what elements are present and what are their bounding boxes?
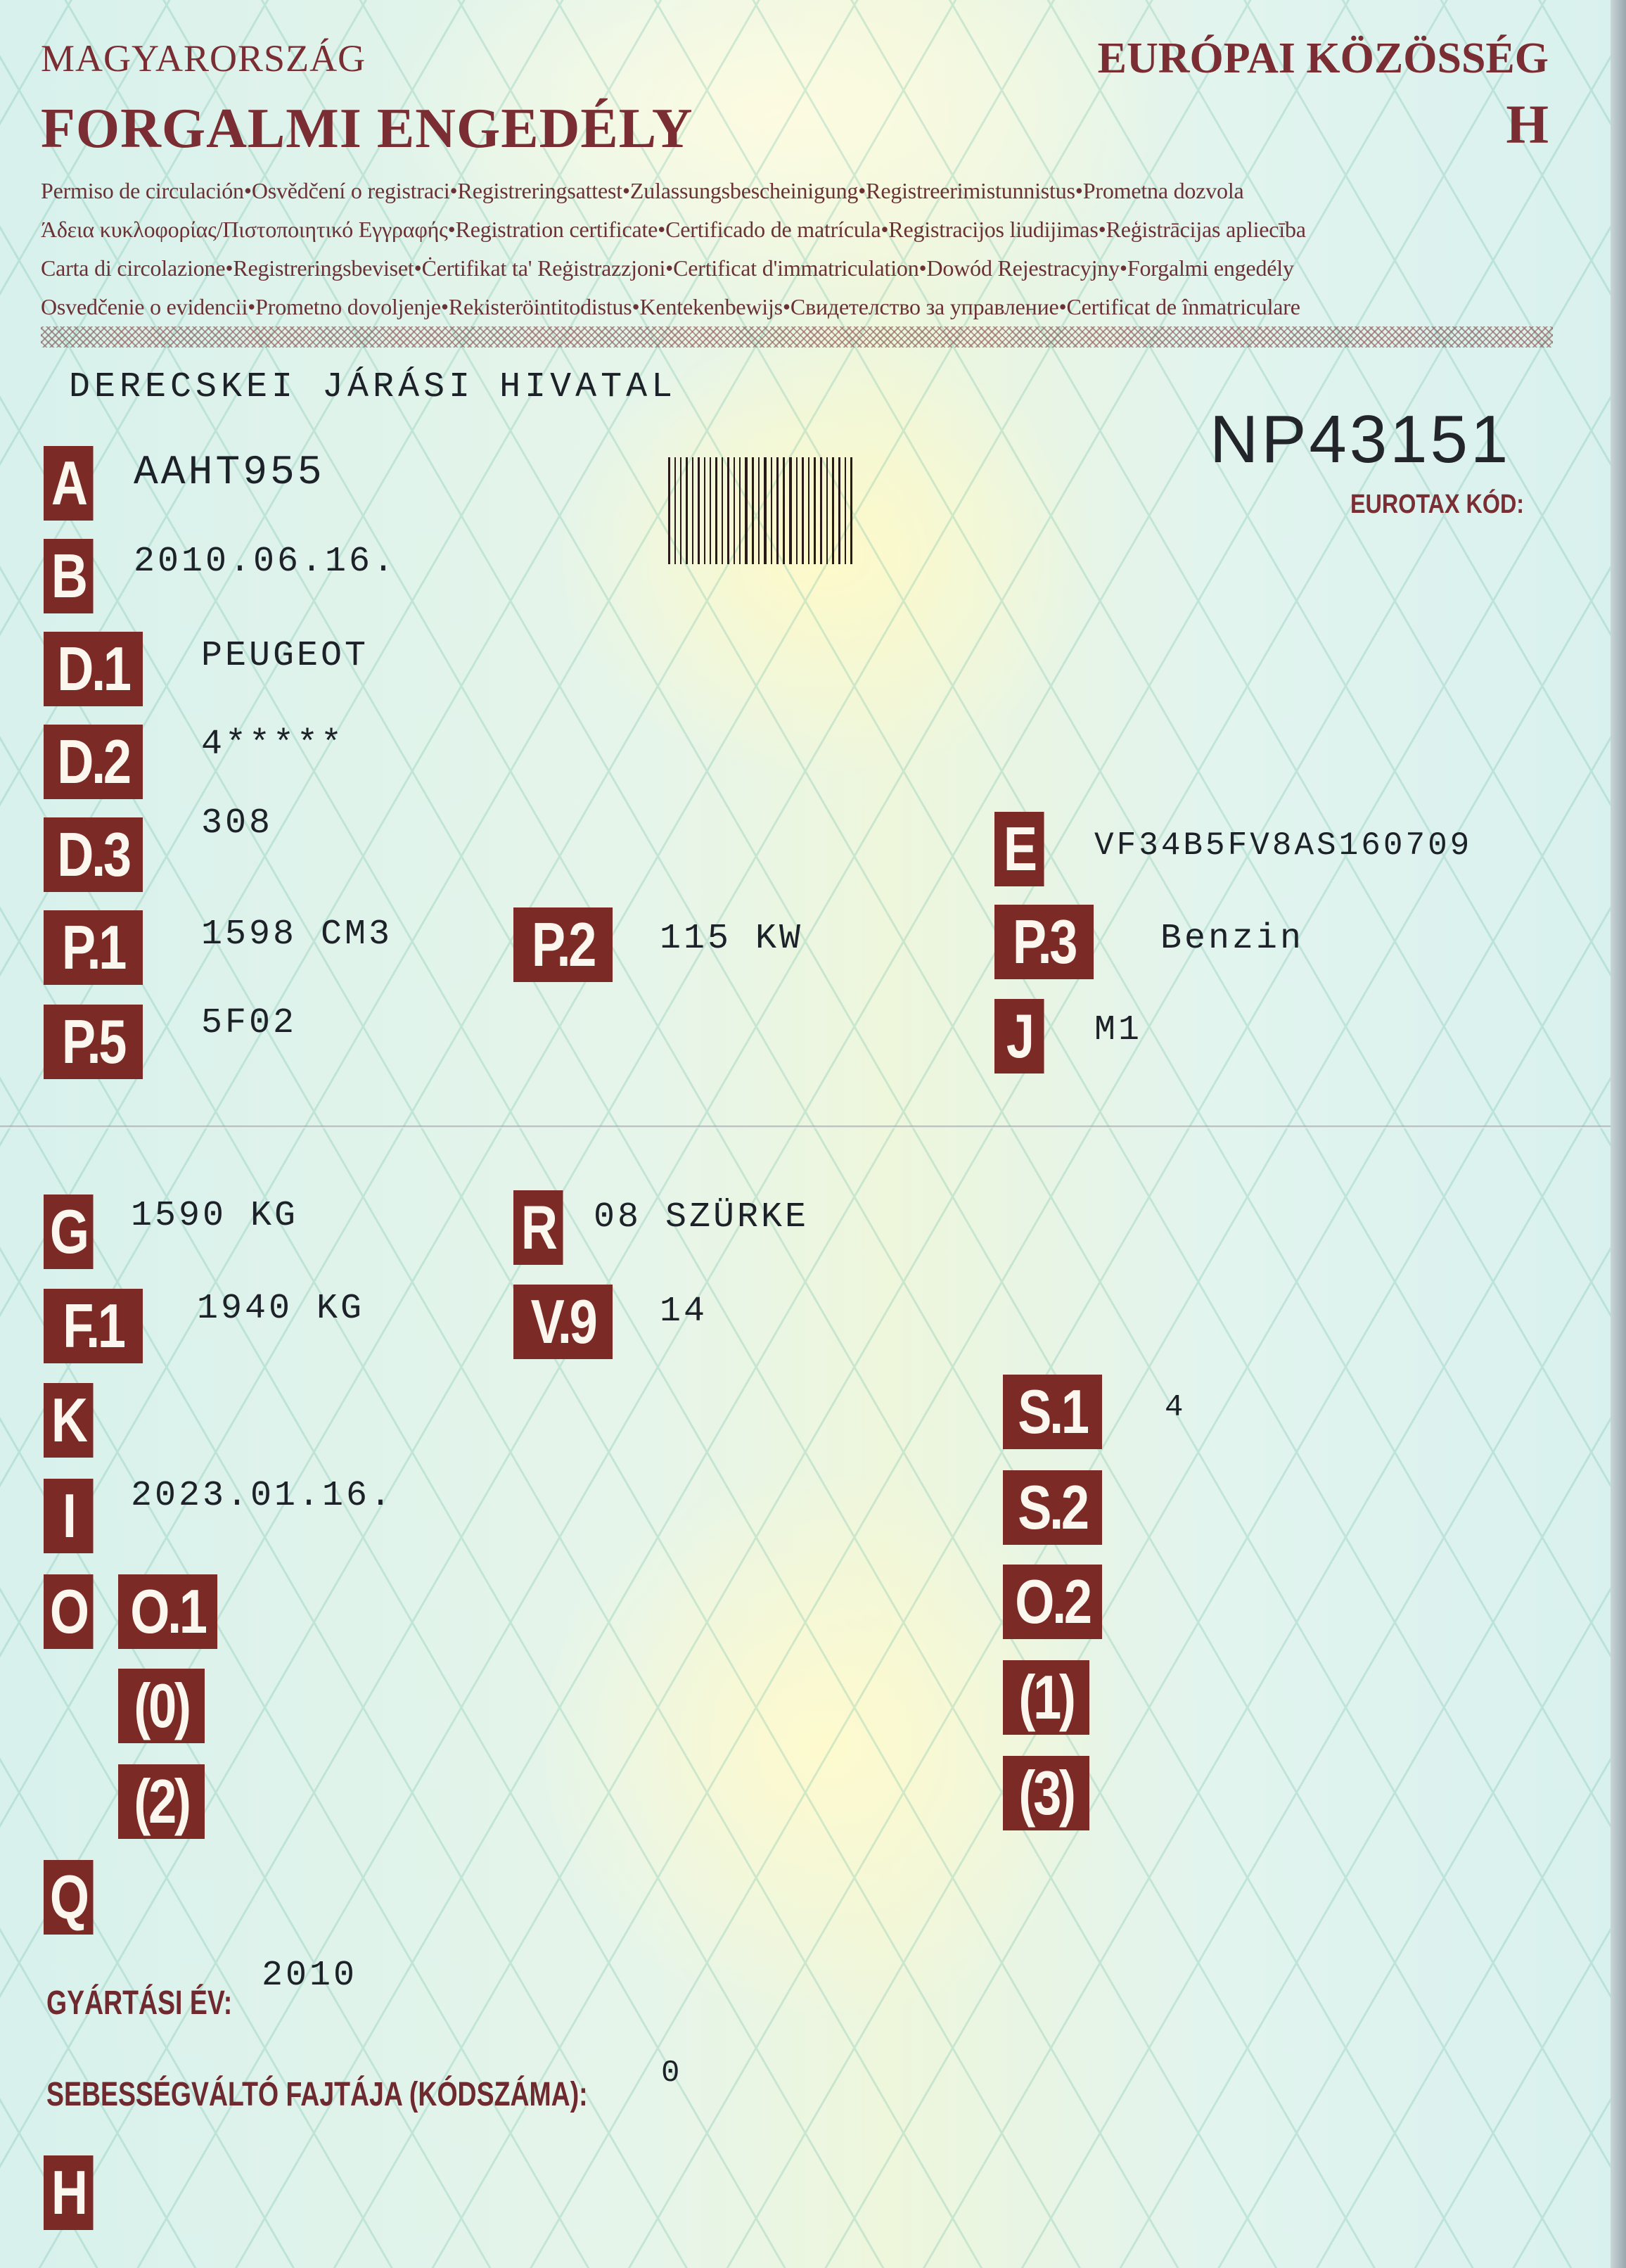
field-label-paren-2: (2) [118,1764,205,1839]
field-label-r: R [513,1190,563,1265]
field-label-d1: D.1 [44,632,143,706]
barcode-bar [704,457,705,564]
first-registration-date: 2010.06.16. [134,542,397,582]
registration-date: 2023.01.16. [131,1476,394,1516]
field-label-j: J [994,999,1044,1074]
seating-capacity: 4 [1165,1390,1186,1425]
field-label-h: H [44,2155,94,2230]
field-label-s2: S.2 [1003,1470,1102,1545]
barcode-bar [850,457,852,564]
barcode-bar [692,457,693,564]
color: 08 SZÜRKE [594,1197,809,1237]
field-label-p5: P.5 [44,1005,143,1079]
max-laden-mass: 1940 KG [197,1289,364,1329]
barcode-bar [832,457,834,564]
fold-line [0,1126,1611,1128]
eurotax-label: EUROTAX KÓD: [1350,490,1524,520]
engine-power: 115 KW [660,919,803,959]
manufacture-year: 2010 [262,1956,357,1996]
barcode-bar [820,457,822,564]
barcode-bar [764,457,767,564]
make: PEUGEOT [201,636,369,676]
barcode-bar [752,457,754,564]
barcode [668,457,985,564]
translation-line: Permiso de circulación•Osvědčení o regis… [41,172,1553,210]
type: 4***** [201,725,345,765]
field-label-i: I [44,1479,94,1553]
barcode-bar [783,457,785,564]
engine-code: 5F02 [201,1003,297,1043]
field-label-e: E [994,812,1044,886]
field-label-paren-1: (1) [1003,1660,1089,1735]
vin: VF34B5FV8AS160709 [1094,827,1472,864]
mass-in-service: 1590 KG [131,1196,298,1236]
field-label-a: A [44,446,94,521]
country-code: H [1506,93,1549,156]
barcode-bar [680,457,681,564]
field-label-q: Q [44,1860,94,1935]
field-label-paren-3: (3) [1003,1756,1089,1830]
registration-number: AAHT955 [134,450,325,496]
fuel-type: Benzin [1160,919,1304,959]
translation-line: Άδεια κυκλοφορίας/Πιστοποιητικό Εγγραφής… [41,210,1553,249]
translation-line: Osvedčenie o evidencii•Prometno dovoljen… [41,288,1553,326]
issuing-authority: DERECSKEI JÁRÁSI HIVATAL [69,367,677,407]
country-name: MAGYARORSZÁG [41,37,366,80]
field-label-s1: S.1 [1003,1375,1102,1449]
field-label-o2: O.2 [1003,1565,1102,1639]
field-label-o1: O.1 [118,1574,217,1649]
gearbox-type-code: 0 [661,2056,682,2091]
eurotax-code: NP43151 [1210,401,1511,478]
barcode-bar [727,457,729,564]
field-label-d2: D.2 [44,725,143,799]
field-label-d3: D.3 [44,817,143,892]
barcode-bar [796,457,798,564]
environmental-class: 14 [660,1292,708,1332]
barcode-bar [789,457,792,564]
field-label-paren-0: (0) [118,1669,205,1743]
field-label-k: K [44,1383,94,1458]
translation-line: Carta di circolazione•Registreringsbevis… [41,249,1553,288]
field-label-f1: F.1 [44,1289,143,1363]
field-label-p1: P.1 [44,910,143,985]
barcode-bar [808,457,809,564]
barcode-bar [826,457,828,564]
barcode-bar [838,457,840,564]
barcode-bar [686,457,688,564]
field-label-p3: P.3 [994,905,1094,979]
barcode-bar [715,457,717,564]
community-name: EURÓPAI KÖZÖSSÉG [1098,34,1549,84]
barcode-bar [698,457,700,564]
gearbox-type-label: SEBESSÉGVÁLTÓ FAJTÁJA (KÓDSZÁMA): [46,2075,588,2114]
barcode-bar [722,457,723,564]
guilloche-band [41,326,1553,348]
field-label-p2: P.2 [513,907,613,982]
barcode-bar [802,457,804,564]
barcode-bar [745,457,748,564]
barcode-bar [668,457,670,564]
barcode-bar [734,457,735,564]
barcode-bar [776,457,779,564]
barcode-bar [674,457,676,564]
translations-block: Permiso de circulación•Osvědčení o regis… [41,172,1553,326]
commercial-description: 308 [201,803,273,843]
barcode-bar [771,457,772,564]
field-label-o: O [44,1574,94,1649]
barcode-bar [758,457,760,564]
field-label-g: G [44,1194,94,1269]
document-title: FORGALMI ENGEDÉLY [41,97,693,161]
barcode-bar [739,457,741,564]
barcode-bar [814,457,816,564]
field-label-v9: V.9 [513,1285,613,1359]
engine-capacity: 1598 CM3 [201,915,392,955]
barcode-bar [845,457,846,564]
vehicle-category: M1 [1094,1010,1142,1050]
manufacture-year-label: GYÁRTÁSI ÉV: [46,1984,232,2022]
barcode-bar [710,457,711,564]
field-label-b: B [44,539,94,613]
document-edge [1611,0,1626,2268]
